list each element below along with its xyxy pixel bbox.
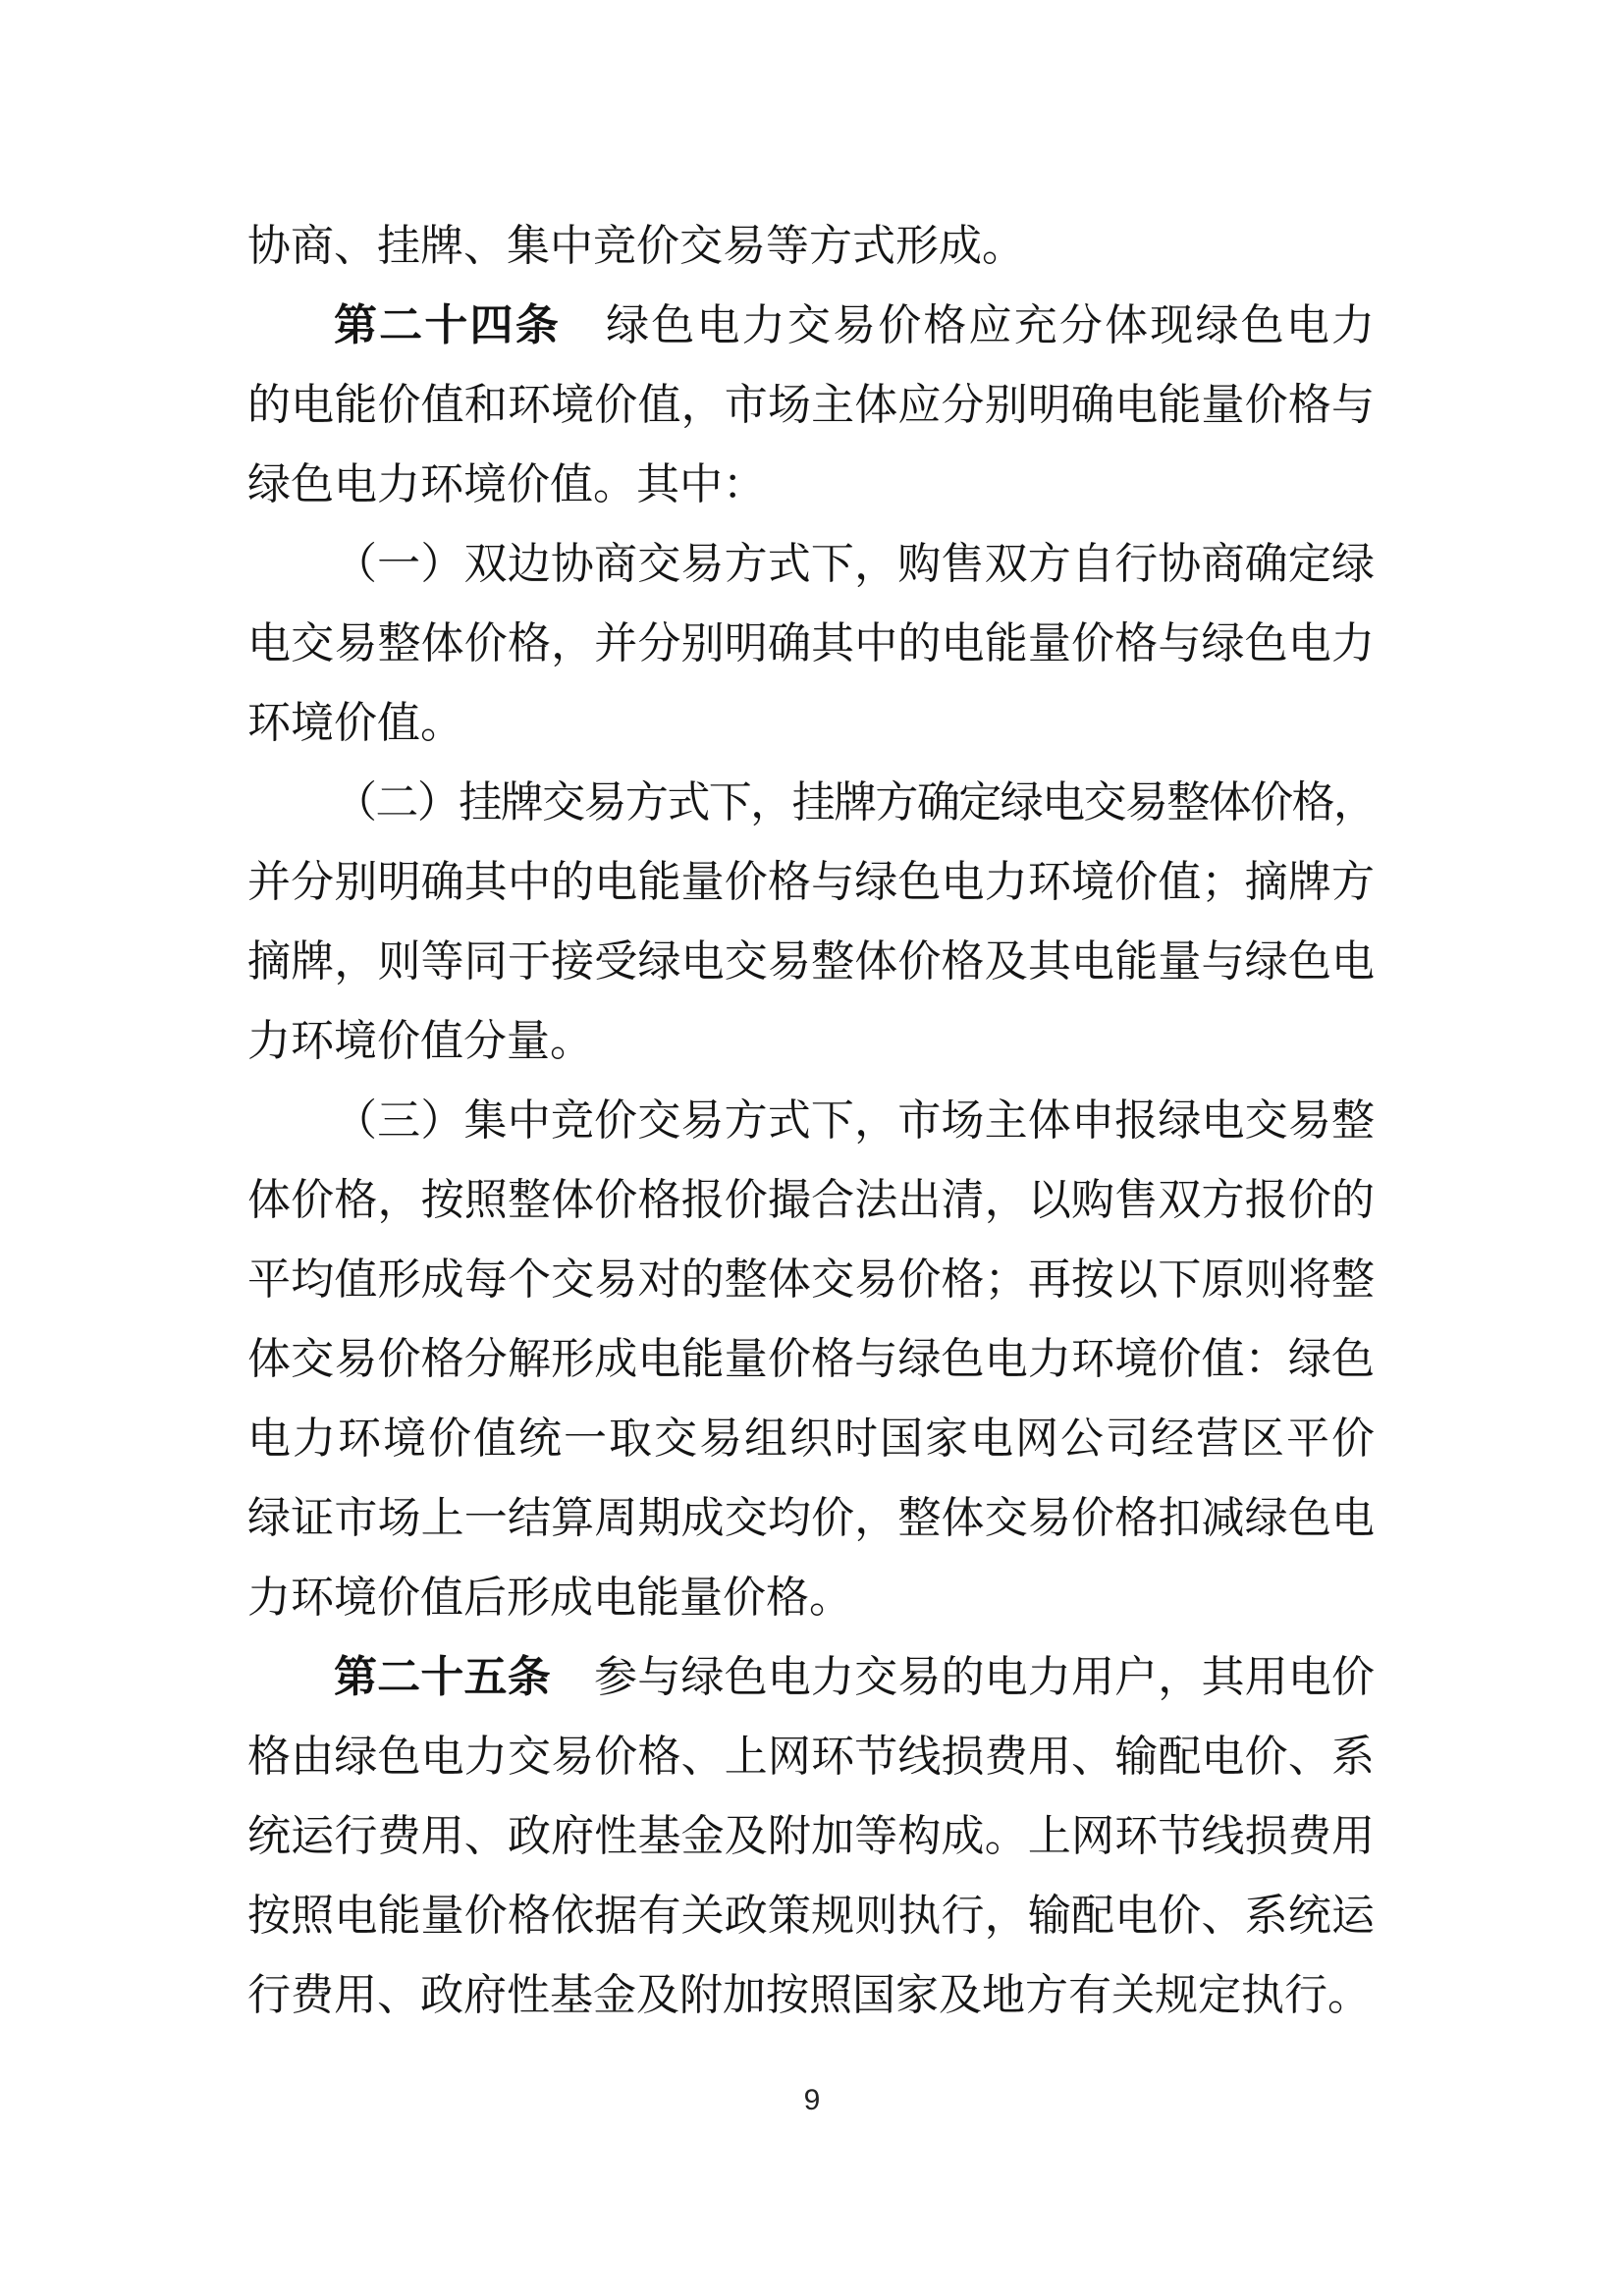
document-page: 协商、挂牌、集中竞价交易等方式形成。第二十四条 绿色电力交易价格应充分体现绿色电… <box>0 0 1624 2296</box>
line-text: 力环境价值分量。 <box>247 1017 593 1065</box>
text-line: 按照电能量价格依据有关政策规则执行，输配电价、系统运 <box>247 1876 1375 1955</box>
text-line: 第二十四条 绿色电力交易价格应充分体现绿色电力 <box>247 286 1375 365</box>
text-line: 第二十五条 参与绿色电力交易的电力用户，其用电价 <box>247 1637 1375 1717</box>
line-text: 体交易价格分解形成电能量价格与绿色电力环境价值：绿色 <box>247 1335 1375 1383</box>
line-text: （二）挂牌交易方式下，挂牌方确定绿电交易整体价格， <box>334 778 1375 827</box>
text-line: 平均值形成每个交易对的整体交易价格；再按以下原则将整 <box>247 1240 1375 1319</box>
line-text: 格由绿色电力交易价格、上网环节线损费用、输配电价、系 <box>247 1733 1375 1781</box>
text-line: （三）集中竞价交易方式下，市场主体申报绿电交易整 <box>247 1081 1375 1160</box>
line-text: 电力环境价值统一取交易组织时国家电网公司经营区平价 <box>247 1415 1375 1463</box>
text-line: 格由绿色电力交易价格、上网环节线损费用、输配电价、系 <box>247 1717 1375 1796</box>
line-text: 电交易整体价格，并分别明确其中的电能量价格与绿色电力 <box>247 619 1375 667</box>
page-number: 9 <box>804 2084 821 2116</box>
text-line: 绿色电力环境价值。其中： <box>247 445 1375 524</box>
text-line: 力环境价值后形成电能量价格。 <box>247 1558 1375 1637</box>
text-line: （二）挂牌交易方式下，挂牌方确定绿电交易整体价格， <box>247 763 1375 842</box>
line-text: 摘牌，则等同于接受绿电交易整体价格及其电能量与绿色电 <box>247 937 1375 986</box>
article-number: 第二十四条 <box>334 301 561 349</box>
line-text: 按照电能量价格依据有关政策规则执行，输配电价、系统运 <box>247 1892 1375 1940</box>
text-block: 协商、挂牌、集中竞价交易等方式形成。第二十四条 绿色电力交易价格应充分体现绿色电… <box>247 206 1375 2035</box>
line-text: 体价格，按照整体价格报价撮合法出清，以购售双方报价的 <box>247 1176 1375 1224</box>
page-footer: 9 <box>0 2081 1624 2120</box>
line-text: 力环境价值后形成电能量价格。 <box>247 1574 852 1622</box>
text-line: 电交易整体价格，并分别明确其中的电能量价格与绿色电力 <box>247 604 1375 683</box>
text-line: 并分别明确其中的电能量价格与绿色电力环境价值；摘牌方 <box>247 842 1375 922</box>
line-text: 绿色电力交易价格应充分体现绿色电力 <box>561 301 1375 349</box>
text-line: （一）双边协商交易方式下，购售双方自行协商确定绿 <box>247 524 1375 604</box>
text-line: 力环境价值分量。 <box>247 1001 1375 1081</box>
text-line: 协商、挂牌、集中竞价交易等方式形成。 <box>247 206 1375 286</box>
line-text: 并分别明确其中的电能量价格与绿色电力环境价值；摘牌方 <box>247 858 1375 906</box>
text-line: 体交易价格分解形成电能量价格与绿色电力环境价值：绿色 <box>247 1319 1375 1399</box>
line-text: （一）双边协商交易方式下，购售双方自行协商确定绿 <box>334 540 1375 588</box>
line-text: 平均值形成每个交易对的整体交易价格；再按以下原则将整 <box>247 1255 1375 1304</box>
text-line: 体价格，按照整体价格报价撮合法出清，以购售双方报价的 <box>247 1160 1375 1240</box>
line-text: 环境价值。 <box>247 699 463 747</box>
text-line: 电力环境价值统一取交易组织时国家电网公司经营区平价 <box>247 1399 1375 1478</box>
line-text: 的电能价值和环境价值，市场主体应分别明确电能量价格与 <box>247 381 1375 429</box>
line-text: 参与绿色电力交易的电力用户，其用电价 <box>551 1653 1375 1701</box>
line-text: （三）集中竞价交易方式下，市场主体申报绿电交易整 <box>334 1096 1375 1145</box>
line-text: 行费用、政府性基金及附加按照国家及地方有关规定执行。 <box>247 1971 1371 2019</box>
text-line: 摘牌，则等同于接受绿电交易整体价格及其电能量与绿色电 <box>247 922 1375 1001</box>
line-text: 协商、挂牌、集中竞价交易等方式形成。 <box>247 222 1025 270</box>
article-number: 第二十五条 <box>334 1653 551 1701</box>
text-line: 的电能价值和环境价值，市场主体应分别明确电能量价格与 <box>247 365 1375 445</box>
line-text: 绿证市场上一结算周期成交均价，整体交易价格扣减绿色电 <box>247 1494 1375 1542</box>
line-text: 绿色电力环境价值。其中： <box>247 460 766 508</box>
text-line: 绿证市场上一结算周期成交均价，整体交易价格扣减绿色电 <box>247 1478 1375 1558</box>
text-line: 行费用、政府性基金及附加按照国家及地方有关规定执行。 <box>247 1955 1375 2035</box>
text-line: 统运行费用、政府性基金及附加等构成。上网环节线损费用 <box>247 1796 1375 1876</box>
text-line: 环境价值。 <box>247 683 1375 763</box>
line-text: 统运行费用、政府性基金及附加等构成。上网环节线损费用 <box>247 1812 1375 1860</box>
